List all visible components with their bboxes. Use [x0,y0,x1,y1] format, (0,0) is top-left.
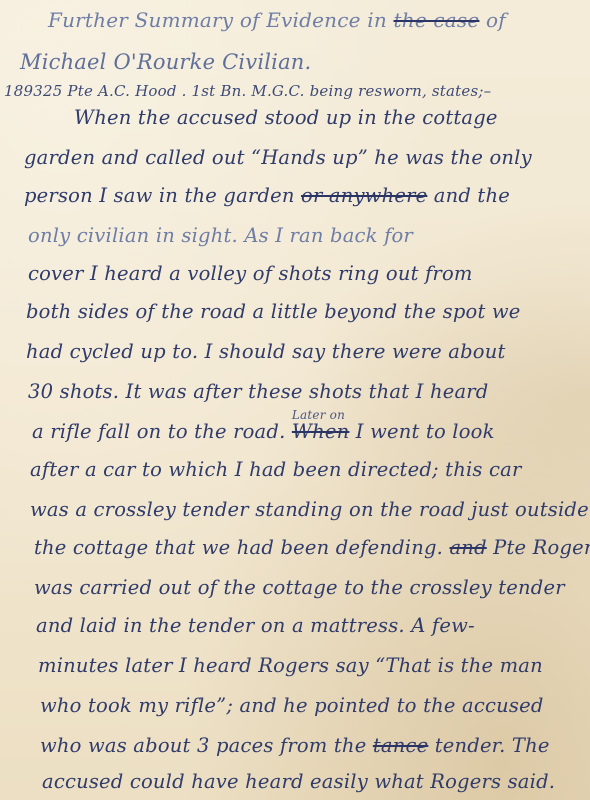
title-text-end: of [479,8,505,32]
statement-line: was carried out of the cottage to the cr… [34,576,565,599]
struck-text: tance [373,734,428,757]
statement-text: person I saw in the garden [24,184,301,207]
statement-line: When the accused stood up in the cottage [74,106,498,129]
struck-text: and [449,536,486,559]
statement-line: minutes later I heard Rogers say “That i… [38,654,543,677]
manuscript-page: Further Summary of Evidence in the case … [0,0,590,800]
statement-text: I went to look [349,420,494,443]
document-title: Further Summary of Evidence in the case … [48,8,506,32]
statement-text: and the [427,184,510,207]
statement-line: only civilian in sight. As I ran back fo… [28,224,413,247]
statement-line: was a crossley tender standing on the ro… [30,498,589,521]
statement-line: after a car to which I had been directed… [30,458,522,481]
statement-line: both sides of the road a little beyond t… [26,300,521,323]
statement-line: 30 shots. It was after these shots that … [28,380,488,403]
statement-text: Pte Rogers [487,536,590,559]
statement-line: the cottage that we had been defending. … [34,536,590,559]
struck-text: the case [394,8,480,32]
statement-line: who took my rifle”; and he pointed to th… [40,694,544,717]
statement-line: garden and called out “Hands up” he was … [24,146,532,169]
statement-text: who was about 3 paces from the [40,734,373,757]
statement-line: had cycled up to. I should say there wer… [26,340,506,363]
statement-line: a rifle fall on to the road. Later onWhe… [32,420,495,443]
statement-text: tender. The [428,734,549,757]
struck-text: When [292,420,350,443]
title-text: Further Summary of Evidence in [48,8,394,32]
statement-line: accused could have heard easily what Rog… [42,770,555,793]
statement-line: cover I heard a volley of shots ring out… [28,262,473,285]
statement-text: a rifle fall on to the road. [32,420,292,443]
inserted-text: Later on [292,408,345,422]
statement-line: and laid in the tender on a mattress. A … [36,614,475,637]
case-subject: Michael O'Rourke Civilian. [20,50,311,74]
statement-line: person I saw in the garden or anywhere a… [24,184,510,207]
struck-text: or anywhere [301,184,427,207]
witness-identification: 189325 Pte A.C. Hood . 1st Bn. M.G.C. be… [4,82,491,100]
statement-line: who was about 3 paces from the tance ten… [40,734,550,757]
statement-text: the cottage that we had been defending. [34,536,449,559]
